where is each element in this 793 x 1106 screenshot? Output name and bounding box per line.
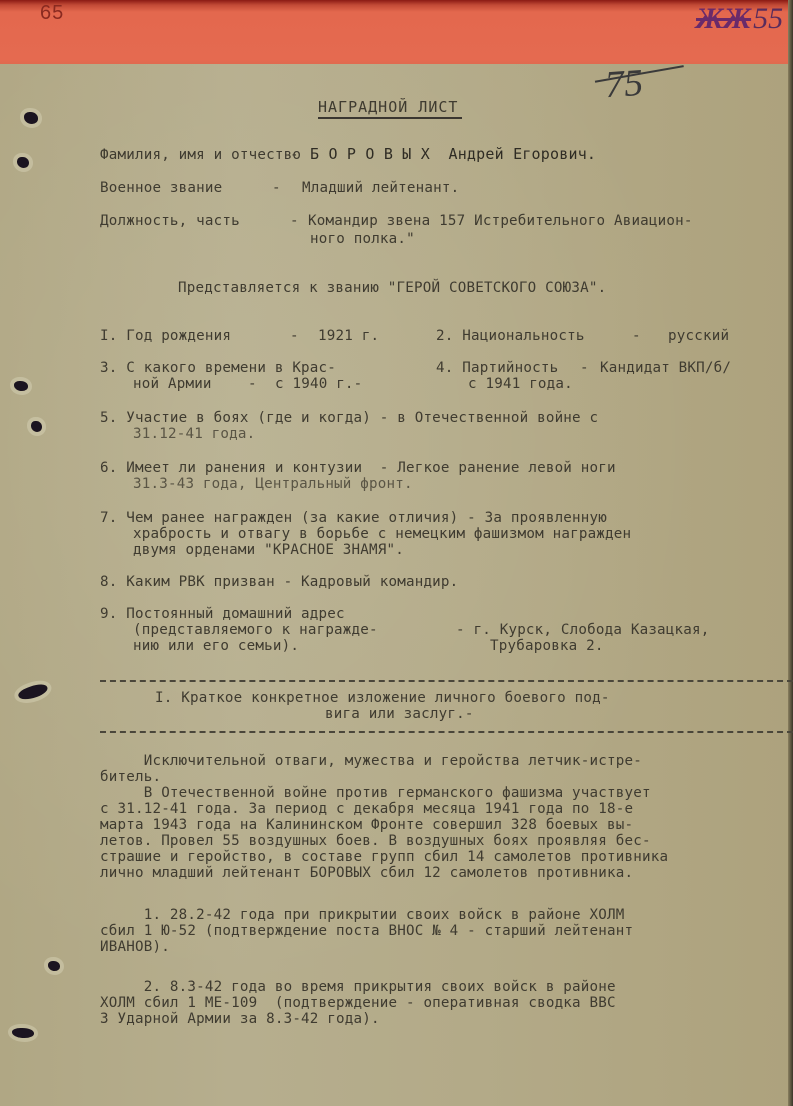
field-nationality-value: русский: [668, 328, 729, 344]
page-edge-shadow: [788, 0, 793, 1106]
field-birth-year-value: 1921 г.: [318, 328, 379, 344]
field-service-value: с 1940 г.-: [275, 376, 362, 392]
section-heading-1: I. Краткое конкретное изложение личного …: [155, 690, 610, 706]
field-birth-year-label: I. Год рождения: [100, 328, 231, 344]
narrative-line: летов. Провел 55 воздушных боев. В возду…: [100, 833, 651, 849]
field-awards-1: 7. Чем ранее награжден (за какие отличия…: [100, 510, 607, 526]
field-battles-2: 31.12-41 года.: [133, 426, 255, 442]
field-awards-2: храбрость и отвагу в борьбе с немецким ф…: [133, 526, 631, 542]
dash: -: [272, 180, 281, 196]
sheet-number-value: 55: [753, 2, 783, 35]
field-awards-3: двумя орденами "КРАСНОЕ ЗНАМЯ".: [133, 542, 404, 558]
punch-hole: [17, 157, 29, 168]
dashed-divider-bottom: [100, 731, 793, 733]
narrative-line: ХОЛМ сбил 1 МЕ-109 (подтверждение - опер…: [100, 995, 616, 1011]
dash: -: [632, 328, 641, 344]
surname-label: Фамилия, имя и отчество: [100, 147, 301, 163]
handwritten-number: 75: [604, 61, 645, 108]
document-page: 65 ЖЖ55 75 НАГРАДНОЙ ЛИСТ Фамилия, имя и…: [0, 0, 793, 1106]
dash: -: [290, 328, 299, 344]
field-wounds-2: 31.3-43 года, Центральный фронт.: [133, 476, 413, 492]
surname-value: Б О Р О В Ы Х Андрей Егорович.: [310, 145, 596, 163]
sheet-number: ЖЖ55: [696, 2, 783, 36]
narrative-line: ИВАНОВ).: [100, 939, 170, 955]
narrative-line: 2. 8.3-42 года во время прикрытия своих …: [100, 979, 616, 995]
section-heading-2: вига или заслуг.-: [325, 706, 474, 722]
archive-header-band: [0, 0, 793, 64]
rank-value: Младший лейтенант.: [302, 180, 459, 196]
narrative-line: с 31.12-41 года. За период с декабря мес…: [100, 801, 633, 817]
narrative-line: В Отечественной войне против германского…: [100, 785, 651, 801]
rank-label: Военное звание: [100, 180, 222, 196]
punch-hole: [12, 1028, 34, 1038]
position-value-2: ного полка.": [310, 231, 415, 247]
field-wounds-1: 6. Имеет ли ранения и контузии - Легкое …: [100, 460, 616, 476]
field-battles-1: 5. Участие в боях (где и когда) - в Отеч…: [100, 410, 598, 426]
narrative-line: битель.: [100, 769, 161, 785]
dash: -: [290, 213, 299, 229]
field-address-value-2: Трубаровка 2.: [490, 638, 604, 654]
field-party-label: 4. Партийность: [436, 360, 558, 376]
punch-hole: [48, 961, 60, 971]
narrative-line: Исключительной отваги, мужества и геройс…: [100, 753, 642, 769]
field-address-label-3: нию или его семьи).: [133, 638, 299, 654]
field-address-label-2: (представляемого к награжде-: [133, 622, 378, 638]
dashed-divider-top: [100, 680, 793, 682]
field-party-value-2: с 1941 года.: [468, 376, 573, 392]
document-title: НАГРАДНОЙ ЛИСТ: [318, 98, 462, 119]
field-nationality-label: 2. Национальность: [436, 328, 585, 344]
dash: -: [580, 360, 589, 376]
narrative-line: страшие и геройство, в составе групп сби…: [100, 849, 668, 865]
position-value-1: Командир звена 157 Истребительного Авиац…: [308, 213, 693, 229]
field-service-label-2: ной Армии: [133, 376, 212, 392]
dash: -: [248, 376, 257, 392]
struck-sheet-number: ЖЖ: [696, 2, 751, 35]
punch-hole: [17, 681, 49, 703]
dash: -: [290, 147, 299, 163]
field-draft: 8. Каким РВК призван - Кадровый командир…: [100, 574, 458, 590]
narrative-line: марта 1943 года на Калининском Фронте со…: [100, 817, 633, 833]
narrative-line: сбил 1 Ю-52 (подтверждение поста ВНОС № …: [100, 923, 633, 939]
punch-hole: [24, 112, 38, 124]
position-label: Должность, часть: [100, 213, 240, 229]
narrative-line: 1. 28.2-42 года при прикрытии своих войс…: [100, 907, 625, 923]
nomination: Представляется к званию "ГЕРОЙ СОВЕТСКОГ…: [178, 280, 606, 296]
page-number: 65: [40, 2, 64, 25]
field-address-value-1: - г. Курск, Слобода Казацкая,: [456, 622, 710, 638]
narrative-line: лично младший лейтенант БОРОВЫХ сбил 12 …: [100, 865, 633, 881]
punch-hole: [14, 381, 28, 391]
field-party-value-1: Кандидат ВКП/б/: [600, 360, 731, 376]
field-service-label-1: 3. С какого времени в Крас-: [100, 360, 336, 376]
punch-hole: [31, 421, 42, 432]
narrative-line: 3 Ударной Армии за 8.3-42 года).: [100, 1011, 380, 1027]
field-address-label-1: 9. Постоянный домашний адрес: [100, 606, 345, 622]
